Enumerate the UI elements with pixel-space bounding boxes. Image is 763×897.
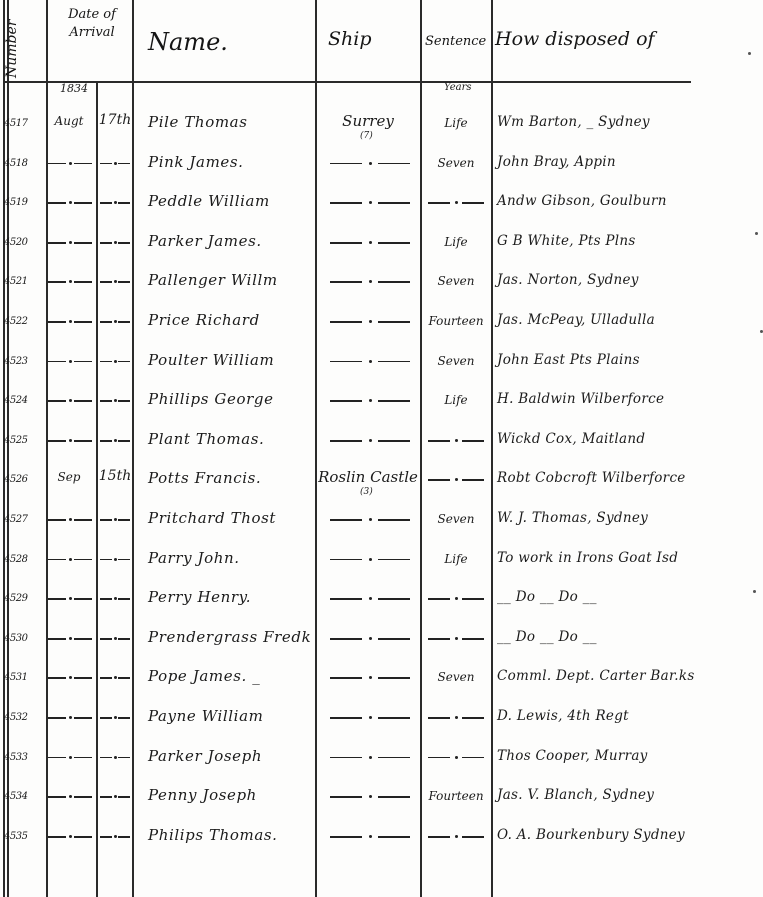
entry-number: 4529 xyxy=(4,593,40,604)
disposed-to: Jas. Norton, Sydney xyxy=(497,272,737,288)
disposed-to: Jas. V. Blanch, Sydney xyxy=(497,787,737,803)
ship-voyage: (3) xyxy=(360,487,373,497)
ship-name: Roslin Castle xyxy=(318,468,418,486)
ditto-dot xyxy=(455,478,458,481)
table-row: 4522Price RichardFourteenJas. McPeay, Ul… xyxy=(0,302,763,342)
ditto-dot xyxy=(369,280,372,283)
table-row: 4528Parry John.LifeTo work in Irons Goat… xyxy=(0,540,763,580)
ditto-day xyxy=(100,559,130,561)
arrival-day: 15th xyxy=(98,468,132,484)
sentence: Life xyxy=(421,393,491,407)
ditto-dot xyxy=(369,241,372,244)
ditto-month xyxy=(48,757,92,759)
ditto-dot xyxy=(369,716,372,719)
ditto-ship xyxy=(330,519,410,521)
ditto-dot xyxy=(455,597,458,600)
ditto-month xyxy=(48,836,92,838)
paper-speck xyxy=(755,232,758,235)
header-name: Name. xyxy=(148,28,228,56)
disposed-to: G B White, Pts Plns xyxy=(497,233,737,249)
ditto-day xyxy=(100,598,130,600)
year-label: 1834 xyxy=(60,82,88,95)
ditto-sentence xyxy=(428,757,484,759)
entry-number: 4524 xyxy=(4,395,40,406)
disposed-to: Robt Cobcroft Wilberforce xyxy=(497,470,737,486)
ditto-dot xyxy=(114,597,117,600)
ditto-dot xyxy=(369,360,372,363)
ditto-dot xyxy=(69,637,72,640)
header-date-of-arrival: Date of Arrival xyxy=(52,6,132,42)
paper-speck xyxy=(753,590,756,593)
ditto-ship xyxy=(330,440,410,442)
table-row: 4524Phillips GeorgeLifeH. Baldwin Wilber… xyxy=(0,381,763,421)
ditto-ship xyxy=(330,361,410,363)
ditto-sentence xyxy=(428,717,484,719)
ditto-day xyxy=(100,281,130,283)
ditto-dot xyxy=(369,795,372,798)
ditto-dot xyxy=(369,201,372,204)
ditto-ship xyxy=(330,638,410,640)
ditto-month xyxy=(48,163,92,165)
ditto-dot xyxy=(455,439,458,442)
convict-name: Peddle William xyxy=(148,192,313,210)
entry-number: 4535 xyxy=(4,831,40,842)
entry-number: 4525 xyxy=(4,435,40,446)
ditto-dot xyxy=(369,676,372,679)
ditto-dot xyxy=(455,835,458,838)
disposed-to: Andw Gibson, Goulburn xyxy=(497,193,737,209)
header-ship: Ship xyxy=(328,28,372,50)
ditto-month xyxy=(48,202,92,204)
entry-number: 4522 xyxy=(4,316,40,327)
ditto-day xyxy=(100,242,130,244)
ditto-ship xyxy=(330,281,410,283)
table-row: 4518Pink James.SevenJohn Bray, Appin xyxy=(0,144,763,184)
ditto-day xyxy=(100,717,130,719)
entry-number: 4528 xyxy=(4,554,40,565)
entry-number: 4523 xyxy=(4,356,40,367)
ditto-dot xyxy=(69,360,72,363)
ditto-dot xyxy=(114,201,117,204)
entry-number: 4531 xyxy=(4,672,40,683)
ditto-day xyxy=(100,202,130,204)
ditto-dot xyxy=(69,558,72,561)
table-row: 4533Parker JosephThos Cooper, Murray xyxy=(0,738,763,778)
ditto-dot xyxy=(69,280,72,283)
convict-name: Pope James. _ xyxy=(148,667,313,685)
entry-number: 4517 xyxy=(4,118,40,129)
convict-name: Plant Thomas. xyxy=(148,430,313,448)
convict-name: Penny Joseph xyxy=(148,786,313,804)
sentence: Fourteen xyxy=(421,314,491,328)
disposed-to: __ Do __ Do __ xyxy=(497,629,737,645)
sentence: Life xyxy=(421,235,491,249)
ditto-dot xyxy=(114,399,117,402)
ditto-dot xyxy=(69,676,72,679)
ditto-ship xyxy=(330,321,410,323)
ditto-month xyxy=(48,361,92,363)
convict-name: Perry Henry. xyxy=(148,588,313,606)
ditto-month xyxy=(48,242,92,244)
ditto-month xyxy=(48,281,92,283)
ditto-month xyxy=(48,519,92,521)
ditto-day xyxy=(100,361,130,363)
arrival-month: Sep xyxy=(44,470,94,484)
entry-number: 4520 xyxy=(4,237,40,248)
convict-name: Parker Joseph xyxy=(148,747,313,765)
convict-name: Pritchard Thost xyxy=(148,509,313,527)
convict-name: Pink James. xyxy=(148,153,313,171)
disposed-to: John Bray, Appin xyxy=(497,154,737,170)
table-row: 4532Payne WilliamD. Lewis, 4th Regt xyxy=(0,698,763,738)
ditto-dot xyxy=(455,716,458,719)
ditto-ship xyxy=(330,677,410,679)
table-row: 4534Penny JosephFourteenJas. V. Blanch, … xyxy=(0,777,763,817)
ditto-dot xyxy=(69,756,72,759)
ditto-dot xyxy=(369,558,372,561)
ditto-dot xyxy=(69,162,72,165)
header-sentence: Sentence xyxy=(425,34,486,49)
ditto-dot xyxy=(455,637,458,640)
ditto-dot xyxy=(114,439,117,442)
entry-number: 4534 xyxy=(4,791,40,802)
ditto-ship xyxy=(330,559,410,561)
sentence: Life xyxy=(421,552,491,566)
ditto-sentence xyxy=(428,202,484,204)
ditto-dot xyxy=(114,360,117,363)
ditto-dot xyxy=(114,518,117,521)
convict-name: Philips Thomas. xyxy=(148,826,313,844)
ditto-dot xyxy=(69,716,72,719)
header-number: Number xyxy=(0,0,28,82)
ditto-ship xyxy=(330,717,410,719)
sentence: Seven xyxy=(421,512,491,526)
disposed-to: Wickd Cox, Maitland xyxy=(497,431,737,447)
ditto-month xyxy=(48,440,92,442)
ditto-sentence xyxy=(428,440,484,442)
ditto-dot xyxy=(69,201,72,204)
disposed-to: John East Pts Plains xyxy=(497,352,737,368)
register-page: Number Date of Arrival Name. Ship Senten… xyxy=(0,0,763,897)
disposed-to: Jas. McPeay, Ulladulla xyxy=(497,312,737,328)
ditto-day xyxy=(100,519,130,521)
ditto-month xyxy=(48,598,92,600)
disposed-to: To work in Irons Goat Isd xyxy=(497,550,737,566)
ditto-dot xyxy=(369,597,372,600)
ditto-dot xyxy=(114,558,117,561)
ditto-day xyxy=(100,638,130,640)
ditto-dot xyxy=(455,756,458,759)
header-rule xyxy=(3,81,691,83)
entry-number: 4530 xyxy=(4,633,40,644)
sentence: Fourteen xyxy=(421,789,491,803)
disposed-to: __ Do __ Do __ xyxy=(497,589,737,605)
ditto-dot xyxy=(114,716,117,719)
ditto-dot xyxy=(69,597,72,600)
ditto-dot xyxy=(69,320,72,323)
table-row: 4529Perry Henry.__ Do __ Do __ xyxy=(0,579,763,619)
disposed-to: Thos Cooper, Murray xyxy=(497,748,737,764)
ditto-dot xyxy=(369,637,372,640)
convict-name: Poulter William xyxy=(148,351,313,369)
header-how-disposed-of: How disposed of xyxy=(495,28,655,50)
ditto-day xyxy=(100,757,130,759)
ditto-sentence xyxy=(428,836,484,838)
sentence: Seven xyxy=(421,274,491,288)
sentence-unit-label: Years xyxy=(444,82,472,93)
ditto-sentence xyxy=(428,479,484,481)
ditto-dot xyxy=(69,518,72,521)
ditto-day xyxy=(100,321,130,323)
convict-name: Pile Thomas xyxy=(148,113,313,131)
ditto-dot xyxy=(369,756,372,759)
entry-number: 4533 xyxy=(4,752,40,763)
disposed-to: W. J. Thomas, Sydney xyxy=(497,510,737,526)
entry-number: 4519 xyxy=(4,197,40,208)
ditto-dot xyxy=(114,756,117,759)
ship-name: Surrey xyxy=(318,112,418,130)
ditto-dot xyxy=(114,241,117,244)
ditto-month xyxy=(48,677,92,679)
ditto-dot xyxy=(114,637,117,640)
ditto-dot xyxy=(114,320,117,323)
entry-number: 4526 xyxy=(4,474,40,485)
sentence: Seven xyxy=(421,354,491,368)
sentence: Seven xyxy=(421,156,491,170)
ditto-day xyxy=(100,677,130,679)
disposed-to: D. Lewis, 4th Regt xyxy=(497,708,737,724)
ditto-ship xyxy=(330,400,410,402)
ditto-ship xyxy=(330,242,410,244)
table-row: 4526Sep15thPotts Francis.Roslin Castle(3… xyxy=(0,460,763,500)
entry-number: 4527 xyxy=(4,514,40,525)
ditto-dot xyxy=(369,518,372,521)
arrival-month: Augt xyxy=(44,114,94,128)
ditto-day xyxy=(100,400,130,402)
table-row: 4530Prendergrass Fredk__ Do __ Do __ xyxy=(0,619,763,659)
disposed-to: H. Baldwin Wilberforce xyxy=(497,391,737,407)
ditto-dot xyxy=(114,676,117,679)
convict-name: Prendergrass Fredk xyxy=(148,628,313,646)
paper-speck xyxy=(748,52,751,55)
ditto-ship xyxy=(330,598,410,600)
disposed-to: Wm Barton, _ Sydney xyxy=(497,114,737,130)
ditto-day xyxy=(100,836,130,838)
ditto-dot xyxy=(369,399,372,402)
entry-number: 4532 xyxy=(4,712,40,723)
ditto-sentence xyxy=(428,638,484,640)
ditto-month xyxy=(48,717,92,719)
ditto-day xyxy=(100,440,130,442)
ditto-ship xyxy=(330,836,410,838)
ditto-dot xyxy=(114,162,117,165)
sentence: Seven xyxy=(421,670,491,684)
ditto-month xyxy=(48,796,92,798)
convict-name: Parry John. xyxy=(148,549,313,567)
ditto-dot xyxy=(69,795,72,798)
ditto-dot xyxy=(69,399,72,402)
ditto-month xyxy=(48,559,92,561)
ditto-ship xyxy=(330,163,410,165)
ditto-month xyxy=(48,400,92,402)
ditto-day xyxy=(100,796,130,798)
ditto-dot xyxy=(369,162,372,165)
ditto-dot xyxy=(69,835,72,838)
convict-name: Phillips George xyxy=(148,390,313,408)
convict-name: Parker James. xyxy=(148,232,313,250)
ditto-ship xyxy=(330,202,410,204)
table-row: 4527Pritchard ThostSevenW. J. Thomas, Sy… xyxy=(0,500,763,540)
ditto-dot xyxy=(369,320,372,323)
ship-voyage: (7) xyxy=(360,131,373,141)
convict-name: Price Richard xyxy=(148,311,313,329)
ditto-month xyxy=(48,638,92,640)
table-row: 4520Parker James.LifeG B White, Pts Plns xyxy=(0,223,763,263)
convict-name: Pallenger Willm xyxy=(148,271,313,289)
ditto-dot xyxy=(114,795,117,798)
ditto-ship xyxy=(330,796,410,798)
table-row: 4517Augt17thPile ThomasSurrey(7)LifeWm B… xyxy=(0,104,763,144)
ditto-dot xyxy=(114,280,117,283)
entry-number: 4521 xyxy=(4,276,40,287)
ditto-ship xyxy=(330,757,410,759)
ditto-day xyxy=(100,163,130,165)
table-row: 4519Peddle WilliamAndw Gibson, Goulburn xyxy=(0,183,763,223)
table-row: 4535Philips Thomas.O. A. Bourkenbury Syd… xyxy=(0,817,763,857)
table-row: 4523Poulter WilliamSevenJohn East Pts Pl… xyxy=(0,342,763,382)
table-row: 4525Plant Thomas.Wickd Cox, Maitland xyxy=(0,421,763,461)
entry-number: 4518 xyxy=(4,158,40,169)
arrival-day: 17th xyxy=(98,112,132,128)
table-row: 4521Pallenger WillmSevenJas. Norton, Syd… xyxy=(0,262,763,302)
ditto-dot xyxy=(369,439,372,442)
ditto-sentence xyxy=(428,598,484,600)
convict-name: Payne William xyxy=(148,707,313,725)
ditto-dot xyxy=(369,835,372,838)
ditto-dot xyxy=(69,241,72,244)
ditto-dot xyxy=(114,835,117,838)
disposed-to: O. A. Bourkenbury Sydney xyxy=(497,827,737,843)
ditto-month xyxy=(48,321,92,323)
table-row: 4531Pope James. _SevenComml. Dept. Carte… xyxy=(0,658,763,698)
convict-name: Potts Francis. xyxy=(148,469,313,487)
ditto-dot xyxy=(455,201,458,204)
ditto-dot xyxy=(69,439,72,442)
disposed-to: Comml. Dept. Carter Bar.ks xyxy=(497,668,737,684)
sentence: Life xyxy=(421,116,491,130)
